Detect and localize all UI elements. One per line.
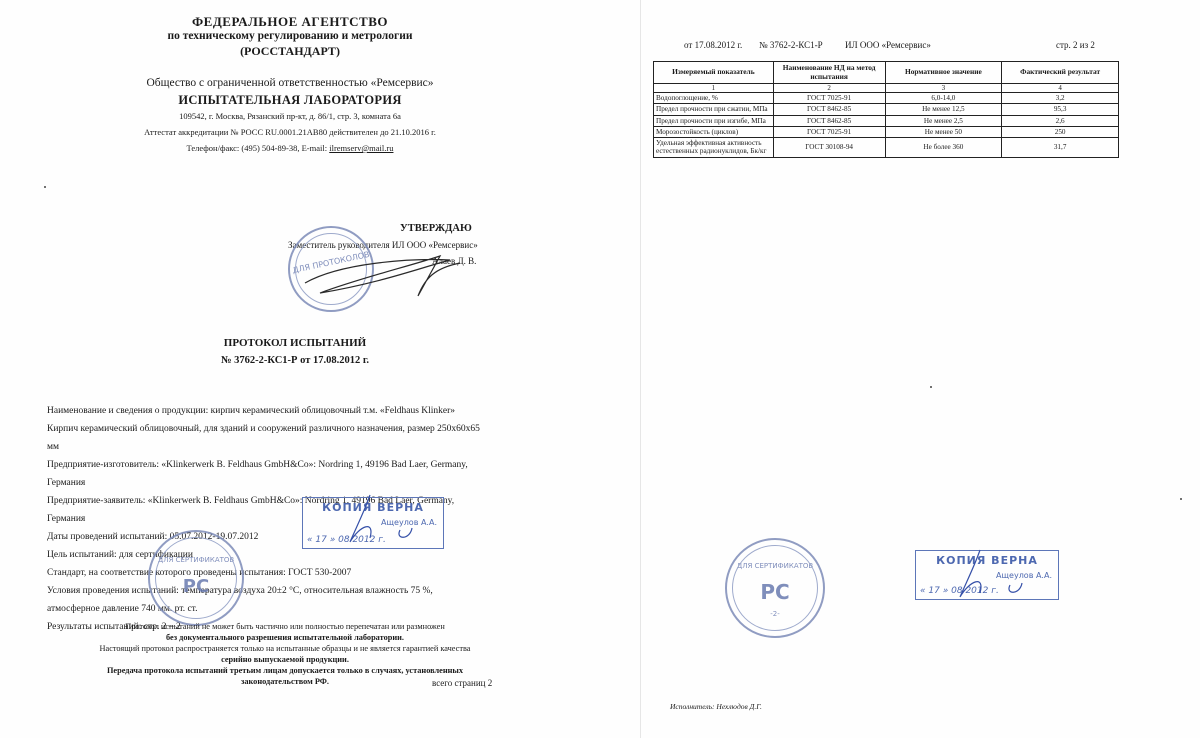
rs-mark-icon: РС — [727, 580, 823, 604]
table-row: Предел прочности при изгибе, МПа ГОСТ 84… — [654, 115, 1119, 126]
notice-line: без документального разрешения испытател… — [55, 633, 515, 642]
field-product-name: Наименование и сведения о продукции: кир… — [47, 406, 455, 416]
cell-indicator: Предел прочности при сжатии, МПа — [654, 104, 774, 115]
agency-subtitle: по техническому регулированию и метролог… — [100, 30, 480, 42]
table-row: Водопоглощение, % ГОСТ 7025-91 6,0-14,0 … — [654, 93, 1119, 104]
header-number: № 3762-2-КС1-Р — [759, 40, 823, 50]
cell-norm: Не менее 12,5 — [885, 104, 1002, 115]
column-header: Измеряемый показатель — [654, 62, 774, 84]
column-number: 1 — [654, 84, 774, 93]
cell-method: ГОСТ 30108-94 — [773, 138, 885, 158]
agency-title: ФЕДЕРАЛЬНОЕ АГЕНТСТВО — [100, 14, 480, 30]
signature-copy — [950, 545, 1040, 605]
table-row: Морозостойкость (циклов) ГОСТ 7025-91 Не… — [654, 126, 1119, 137]
column-header: Наименование НД на метод испытания — [773, 62, 885, 84]
cell-method: ГОСТ 7025-91 — [773, 126, 885, 137]
table-row: Предел прочности при сжатии, МПа ГОСТ 84… — [654, 104, 1119, 115]
field-product-desc-cont: мм — [47, 442, 59, 452]
certificate-seal: ДЛЯ СЕРТИФИКАТОВ РС — [148, 530, 244, 626]
header-page: стр. 2 из 2 — [1056, 40, 1095, 50]
cell-norm: Не менее 50 — [885, 126, 1002, 137]
header-date: от 17.08.2012 г. — [684, 40, 742, 50]
column-number: 2 — [773, 84, 885, 93]
accreditation-info: Аттестат аккредитации № РОСС RU.0001.21А… — [90, 127, 490, 137]
organization-name: Общество с ограниченной ответственностью… — [100, 77, 480, 89]
cell-method: ГОСТ 8462-85 — [773, 115, 885, 126]
executor-name: Исполнитель: Нехлюдов Д.Г. — [670, 702, 762, 711]
cell-result: 3,2 — [1002, 93, 1119, 104]
phone-text: Телефон/факс: (495) 504-89-38, E-mail: — [187, 143, 330, 153]
cell-indicator: Удельная эффективная активность естестве… — [654, 138, 774, 158]
notice-line: Настоящий протокол распространяется толь… — [55, 644, 515, 653]
total-pages: всего страниц 2 — [432, 678, 492, 688]
agency-short-name: (РОССТАНДАРТ) — [100, 44, 480, 59]
cell-method: ГОСТ 7025-91 — [773, 93, 885, 104]
seal-label: ДЛЯ СЕРТИФИКАТОВ — [727, 562, 823, 570]
lab-title: ИСПЫТАТЕЛЬНАЯ ЛАБОРАТОРИЯ — [100, 93, 480, 108]
notice-line: Протокол испытаний не может быть частичн… — [55, 622, 515, 631]
lab-address: 109542, г. Москва, Рязанский пр-кт, д. 8… — [100, 111, 480, 121]
column-number: 3 — [885, 84, 1002, 93]
field-applicant-cont: Германия — [47, 514, 85, 524]
cell-result: 31,7 — [1002, 138, 1119, 158]
signature-copy — [340, 490, 430, 550]
certificate-seal: ДЛЯ СЕРТИФИКАТОВ РС -2- — [725, 538, 825, 638]
table-row: Удельная эффективная активность естестве… — [654, 138, 1119, 158]
cell-method: ГОСТ 8462-85 — [773, 104, 885, 115]
cell-indicator: Водопоглощение, % — [654, 93, 774, 104]
cell-norm: 6,0-14,0 — [885, 93, 1002, 104]
email-link[interactable]: ilremserv@mail.ru — [329, 143, 393, 153]
cell-norm: Не более 360 — [885, 138, 1002, 158]
document-page-1: ФЕДЕРАЛЬНОЕ АГЕНТСТВО по техническому ре… — [0, 0, 640, 738]
field-manufacturer: Предприятие-изготовитель: «Klinkerwerk B… — [47, 460, 468, 470]
column-number-row: 1 2 3 4 — [654, 84, 1119, 93]
cell-indicator: Предел прочности при изгибе, МПа — [654, 115, 774, 126]
signature-approval — [300, 238, 470, 308]
field-product-desc: Кирпич керамический облицовочный, для зд… — [47, 424, 480, 434]
rs-mark-icon: РС — [150, 576, 242, 597]
cell-result: 250 — [1002, 126, 1119, 137]
scan-speck — [44, 186, 46, 188]
notice-line: Передача протокола испытаний третьим лиц… — [55, 666, 515, 675]
cell-indicator: Морозостойкость (циклов) — [654, 126, 774, 137]
column-number: 4 — [1002, 84, 1119, 93]
protocol-number: № 3762-2-КС1-Р от 17.08.2012 г. — [190, 355, 400, 366]
notice-line: серийно выпускаемой продукции. — [55, 655, 515, 664]
results-table: Измеряемый показатель Наименование НД на… — [653, 61, 1119, 158]
cell-norm: Не менее 2,5 — [885, 115, 1002, 126]
column-header: Нормативное значение — [885, 62, 1002, 84]
field-manufacturer-cont: Германия — [47, 478, 85, 488]
cell-result: 95,3 — [1002, 104, 1119, 115]
seal-label: ДЛЯ СЕРТИФИКАТОВ — [150, 556, 242, 564]
scan-speck — [930, 386, 932, 388]
seal-number: -2- — [727, 610, 823, 618]
table-header-row: Измеряемый показатель Наименование НД на… — [654, 62, 1119, 84]
approval-title: УТВЕРЖДАЮ — [400, 223, 472, 234]
scan-speck — [1180, 498, 1182, 500]
header-lab: ИЛ ООО «Ремсервис» — [845, 40, 931, 50]
contact-info: Телефон/факс: (495) 504-89-38, E-mail: i… — [100, 143, 480, 153]
cell-result: 2,6 — [1002, 115, 1119, 126]
protocol-title: ПРОТОКОЛ ИСПЫТАНИЙ — [190, 337, 400, 349]
column-header: Фактический результат — [1002, 62, 1119, 84]
